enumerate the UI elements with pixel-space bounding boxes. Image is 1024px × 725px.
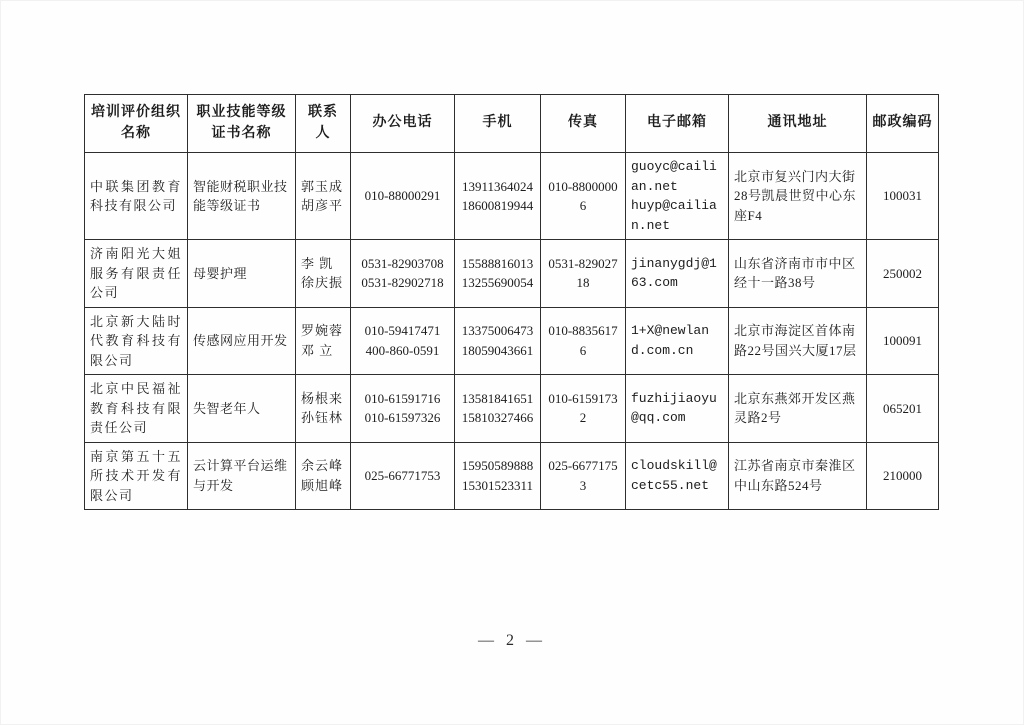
cell-cert: 智能财税职业技能等级证书 — [188, 153, 296, 240]
cell-mobile: 15588816013 13255690054 — [455, 240, 541, 308]
cell-address: 北京东燕郊开发区燕灵路2号 — [729, 375, 867, 443]
cell-contact: 郭玉成 胡彦平 — [296, 153, 351, 240]
table-row: 济南阳光大姐服务有限责任公司母婴护理李 凯 徐庆振0531-82903708 0… — [85, 240, 939, 308]
cell-org: 南京第五十五所技术开发有限公司 — [85, 442, 188, 510]
table-head: 培训评价组织名称职业技能等级证书名称联系人办公电话手机传真电子邮箱通讯地址邮政编… — [85, 95, 939, 153]
cell-address: 北京市复兴门内大街28号凯晨世贸中心东座F4 — [729, 153, 867, 240]
cell-office_phone: 025-66771753 — [351, 442, 455, 510]
column-header-mobile: 手机 — [455, 95, 541, 153]
cell-fax: 025-66771753 — [541, 442, 626, 510]
cell-email: 1+X@newland.com.cn — [626, 307, 729, 375]
cell-postal: 210000 — [867, 442, 939, 510]
cell-contact: 杨根来 孙钰林 — [296, 375, 351, 443]
cell-postal: 100091 — [867, 307, 939, 375]
cell-email: jinanygdj@163.com — [626, 240, 729, 308]
column-header-postal: 邮政编码 — [867, 95, 939, 153]
cell-cert: 失智老年人 — [188, 375, 296, 443]
column-header-cert: 职业技能等级证书名称 — [188, 95, 296, 153]
cell-address: 北京市海淀区首体南路22号国兴大厦17层 — [729, 307, 867, 375]
cell-address: 江苏省南京市秦淮区中山东路524号 — [729, 442, 867, 510]
cell-address: 山东省济南市市中区经十一路38号 — [729, 240, 867, 308]
cell-fax: 010-88000006 — [541, 153, 626, 240]
cell-mobile: 13581841651 15810327466 — [455, 375, 541, 443]
cell-mobile: 15950589888 15301523311 — [455, 442, 541, 510]
table-body: 中联集团教育科技有限公司智能财税职业技能等级证书郭玉成 胡彦平010-88000… — [85, 153, 939, 510]
column-header-contact: 联系人 — [296, 95, 351, 153]
scanned-document-page: 培训评价组织名称职业技能等级证书名称联系人办公电话手机传真电子邮箱通讯地址邮政编… — [0, 0, 1024, 725]
cell-fax: 010-88356176 — [541, 307, 626, 375]
cell-office_phone: 010-59417471 400-860-0591 — [351, 307, 455, 375]
cell-cert: 母婴护理 — [188, 240, 296, 308]
column-header-address: 通讯地址 — [729, 95, 867, 153]
table-row: 南京第五十五所技术开发有限公司云计算平台运维与开发余云峰 顾旭峰025-6677… — [85, 442, 939, 510]
cell-cert: 云计算平台运维与开发 — [188, 442, 296, 510]
cell-org: 北京新大陆时代教育科技有限公司 — [85, 307, 188, 375]
cell-office_phone: 010-61591716 010-61597326 — [351, 375, 455, 443]
table-row: 北京中民福祉教育科技有限责任公司失智老年人杨根来 孙钰林010-61591716… — [85, 375, 939, 443]
column-header-email: 电子邮箱 — [626, 95, 729, 153]
table-row: 北京新大陆时代教育科技有限公司传感网应用开发罗婉蓉 邓 立010-5941747… — [85, 307, 939, 375]
table-row: 中联集团教育科技有限公司智能财税职业技能等级证书郭玉成 胡彦平010-88000… — [85, 153, 939, 240]
cell-contact: 罗婉蓉 邓 立 — [296, 307, 351, 375]
cell-org: 济南阳光大姐服务有限责任公司 — [85, 240, 188, 308]
column-header-office_phone: 办公电话 — [351, 95, 455, 153]
cell-contact: 李 凯 徐庆振 — [296, 240, 351, 308]
cell-mobile: 13911364024 18600819944 — [455, 153, 541, 240]
cell-email: fuzhijiaoyu@qq.com — [626, 375, 729, 443]
cell-postal: 065201 — [867, 375, 939, 443]
column-header-org: 培训评价组织名称 — [85, 95, 188, 153]
cell-email: guoyc@cailian.net huyp@cailian.net — [626, 153, 729, 240]
cell-org: 中联集团教育科技有限公司 — [85, 153, 188, 240]
cell-postal: 250002 — [867, 240, 939, 308]
cell-fax: 0531-82902718 — [541, 240, 626, 308]
cell-contact: 余云峰 顾旭峰 — [296, 442, 351, 510]
cell-fax: 010-61591732 — [541, 375, 626, 443]
page-number: — 2 — — [0, 632, 1024, 650]
cell-office_phone: 010-88000291 — [351, 153, 455, 240]
cell-cert: 传感网应用开发 — [188, 307, 296, 375]
cell-postal: 100031 — [867, 153, 939, 240]
cell-office_phone: 0531-82903708 0531-82902718 — [351, 240, 455, 308]
cell-org: 北京中民福祉教育科技有限责任公司 — [85, 375, 188, 443]
cell-email: cloudskill@cetc55.net — [626, 442, 729, 510]
org-table-container: 培训评价组织名称职业技能等级证书名称联系人办公电话手机传真电子邮箱通讯地址邮政编… — [84, 94, 938, 510]
column-header-fax: 传真 — [541, 95, 626, 153]
org-table: 培训评价组织名称职业技能等级证书名称联系人办公电话手机传真电子邮箱通讯地址邮政编… — [84, 94, 939, 510]
cell-mobile: 13375006473 18059043661 — [455, 307, 541, 375]
table-header-row: 培训评价组织名称职业技能等级证书名称联系人办公电话手机传真电子邮箱通讯地址邮政编… — [85, 95, 939, 153]
